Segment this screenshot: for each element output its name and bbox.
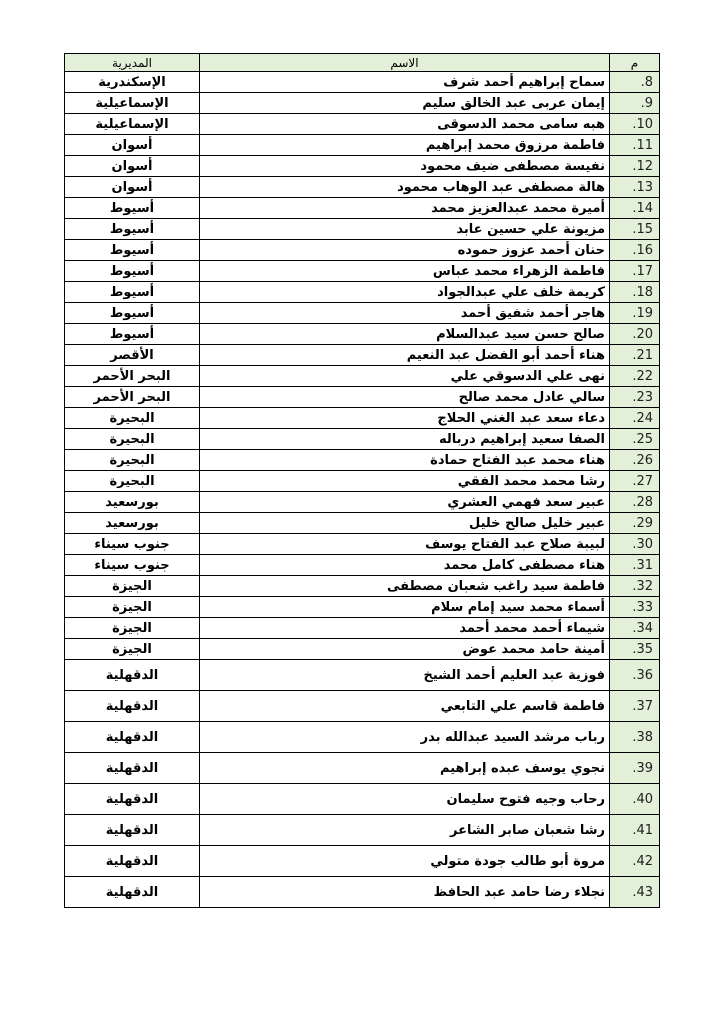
row-directorate-cell: أسيوط (65, 303, 200, 324)
row-directorate-cell: أسيوط (65, 324, 200, 345)
row-name-cell: لبيبة صلاح عبد الفتاح يوسف (200, 534, 610, 555)
row-name-cell: نجلاء رضا حامد عبد الحافظ (200, 877, 610, 908)
header-number: م (610, 54, 660, 72)
row-directorate-cell: الدقهلية (65, 753, 200, 784)
table-row: 29. عبير خليل صالح خليل بورسعيد (65, 513, 660, 534)
row-name-cell: نفيسة مصطفى ضيف محمود (200, 156, 610, 177)
row-directorate-cell: الجيزة (65, 639, 200, 660)
table-row: 9. إيمان عربى عبد الخالق سليم الإسماعيلي… (65, 93, 660, 114)
row-directorate-cell: الجيزة (65, 576, 200, 597)
row-name-cell: فاطمة سيد راغب شعبان مصطفى (200, 576, 610, 597)
row-name-cell: عبير خليل صالح خليل (200, 513, 610, 534)
header-directorate: المديرية (65, 54, 200, 72)
row-number-cell: 9. (610, 93, 660, 114)
row-number-cell: 34. (610, 618, 660, 639)
table-row: 15. مزيونة علي حسين عابد أسيوط (65, 219, 660, 240)
row-name-cell: الصفا سعيد إبراهيم درباله (200, 429, 610, 450)
table-row: 8. سماح إبراهيم أحمد شرف الإسكندرية (65, 72, 660, 93)
table-row: 40. رحاب وجيه فتوح سليمان الدقهلية (65, 784, 660, 815)
row-number-cell: 27. (610, 471, 660, 492)
row-name-cell: مزيونة علي حسين عابد (200, 219, 610, 240)
header-name: الاسم (200, 54, 610, 72)
table-row: 19. هاجر أحمد شفيق أحمد أسيوط (65, 303, 660, 324)
row-number-cell: 39. (610, 753, 660, 784)
row-directorate-cell: الدقهلية (65, 815, 200, 846)
table-row: 17. فاطمة الزهراء محمد عباس أسيوط (65, 261, 660, 282)
row-directorate-cell: أسيوط (65, 219, 200, 240)
row-name-cell: أميرة محمد عبدالعزيز محمد (200, 198, 610, 219)
table-row: 26. هناء محمد عبد الفتاح حمادة البحيرة (65, 450, 660, 471)
row-number-cell: 31. (610, 555, 660, 576)
row-directorate-cell: أسيوط (65, 261, 200, 282)
table-row: 43. نجلاء رضا حامد عبد الحافظ الدقهلية (65, 877, 660, 908)
row-name-cell: نجوي يوسف عبده إبراهيم (200, 753, 610, 784)
table-row: 10. هبه سامى محمد الدسوقى الإسماعيلية (65, 114, 660, 135)
row-name-cell: فاطمة قاسم علي التابعي (200, 691, 610, 722)
table-row: 39. نجوي يوسف عبده إبراهيم الدقهلية (65, 753, 660, 784)
table-row: 18. كريمة خلف علي عبدالجواد أسيوط (65, 282, 660, 303)
table-row: 13. هالة مصطفى عبد الوهاب محمود أسوان (65, 177, 660, 198)
row-name-cell: هناء مصطفى كامل محمد (200, 555, 610, 576)
row-number-cell: 37. (610, 691, 660, 722)
row-directorate-cell: الدقهلية (65, 784, 200, 815)
row-name-cell: هبه سامى محمد الدسوقى (200, 114, 610, 135)
row-number-cell: 30. (610, 534, 660, 555)
table-row: 24. دعاء سعد عبد الغني الحلاج البحيرة (65, 408, 660, 429)
row-number-cell: 35. (610, 639, 660, 660)
row-name-cell: سالي عادل محمد صالح (200, 387, 610, 408)
row-number-cell: 43. (610, 877, 660, 908)
row-directorate-cell: الدقهلية (65, 846, 200, 877)
row-number-cell: 32. (610, 576, 660, 597)
row-directorate-cell: الإسكندرية (65, 72, 200, 93)
row-number-cell: 33. (610, 597, 660, 618)
row-number-cell: 41. (610, 815, 660, 846)
row-name-cell: عبير سعد فهمي العشري (200, 492, 610, 513)
table-row: 38. رباب مرشد السيد عبدالله بدر الدقهلية (65, 722, 660, 753)
row-directorate-cell: جنوب سيناء (65, 555, 200, 576)
row-number-cell: 16. (610, 240, 660, 261)
row-number-cell: 11. (610, 135, 660, 156)
table-row: 21. هناء أحمد أبو الفضل عبد النعيم الأقص… (65, 345, 660, 366)
row-number-cell: 25. (610, 429, 660, 450)
table-row: 37. فاطمة قاسم علي التابعي الدقهلية (65, 691, 660, 722)
row-name-cell: فوزية عبد العليم أحمد الشيخ (200, 660, 610, 691)
row-name-cell: سماح إبراهيم أحمد شرف (200, 72, 610, 93)
row-directorate-cell: البحر الأحمر (65, 366, 200, 387)
table-row: 30. لبيبة صلاح عبد الفتاح يوسف جنوب سينا… (65, 534, 660, 555)
table-row: 42. مروة أبو طالب جودة متولي الدقهلية (65, 846, 660, 877)
row-directorate-cell: أسوان (65, 177, 200, 198)
row-number-cell: 29. (610, 513, 660, 534)
row-directorate-cell: بورسعيد (65, 513, 200, 534)
table-row: 27. رشا محمد محمد الفقي البحيرة (65, 471, 660, 492)
row-name-cell: أمينة حامد محمد عوض (200, 639, 610, 660)
table-row: 36. فوزية عبد العليم أحمد الشيخ الدقهلية (65, 660, 660, 691)
row-directorate-cell: البحر الأحمر (65, 387, 200, 408)
row-directorate-cell: الدقهلية (65, 660, 200, 691)
row-number-cell: 38. (610, 722, 660, 753)
row-directorate-cell: الجيزة (65, 618, 200, 639)
row-number-cell: 12. (610, 156, 660, 177)
row-number-cell: 26. (610, 450, 660, 471)
names-table: م الاسم المديرية 8. سماح إبراهيم أحمد شر… (64, 53, 660, 908)
row-name-cell: هناء محمد عبد الفتاح حمادة (200, 450, 610, 471)
row-name-cell: أسماء محمد سيد إمام سلام (200, 597, 610, 618)
row-name-cell: كريمة خلف علي عبدالجواد (200, 282, 610, 303)
row-directorate-cell: أسوان (65, 135, 200, 156)
row-name-cell: مروة أبو طالب جودة متولي (200, 846, 610, 877)
row-name-cell: حنان أحمد عزوز حموده (200, 240, 610, 261)
table-row: 12. نفيسة مصطفى ضيف محمود أسوان (65, 156, 660, 177)
table-row: 22. نهى علي الدسوقي علي البحر الأحمر (65, 366, 660, 387)
row-directorate-cell: أسيوط (65, 240, 200, 261)
row-number-cell: 22. (610, 366, 660, 387)
row-number-cell: 20. (610, 324, 660, 345)
row-name-cell: إيمان عربى عبد الخالق سليم (200, 93, 610, 114)
row-name-cell: رباب مرشد السيد عبدالله بدر (200, 722, 610, 753)
table-row: 41. رشا شعبان صابر الشاعر الدقهلية (65, 815, 660, 846)
row-directorate-cell: البحيرة (65, 429, 200, 450)
row-number-cell: 24. (610, 408, 660, 429)
table-row: 35. أمينة حامد محمد عوض الجيزة (65, 639, 660, 660)
table-row: 32. فاطمة سيد راغب شعبان مصطفى الجيزة (65, 576, 660, 597)
row-name-cell: هالة مصطفى عبد الوهاب محمود (200, 177, 610, 198)
row-name-cell: رحاب وجيه فتوح سليمان (200, 784, 610, 815)
row-directorate-cell: الجيزة (65, 597, 200, 618)
table-row: 23. سالي عادل محمد صالح البحر الأحمر (65, 387, 660, 408)
row-directorate-cell: الدقهلية (65, 722, 200, 753)
table-row: 31. هناء مصطفى كامل محمد جنوب سيناء (65, 555, 660, 576)
row-directorate-cell: أسيوط (65, 282, 200, 303)
row-number-cell: 23. (610, 387, 660, 408)
row-directorate-cell: الدقهلية (65, 691, 200, 722)
row-directorate-cell: البحيرة (65, 450, 200, 471)
row-name-cell: رشا محمد محمد الفقي (200, 471, 610, 492)
row-number-cell: 36. (610, 660, 660, 691)
table-row: 20. صالح حسن سيد عبدالسلام أسيوط (65, 324, 660, 345)
table-row: 28. عبير سعد فهمي العشري بورسعيد (65, 492, 660, 513)
row-number-cell: 18. (610, 282, 660, 303)
row-number-cell: 13. (610, 177, 660, 198)
row-name-cell: فاطمة مرزوق محمد إبراهيم (200, 135, 610, 156)
row-name-cell: نهى علي الدسوقي علي (200, 366, 610, 387)
row-number-cell: 28. (610, 492, 660, 513)
row-directorate-cell: الإسماعيلية (65, 114, 200, 135)
table-body: 8. سماح إبراهيم أحمد شرف الإسكندرية 9. إ… (65, 72, 660, 908)
row-number-cell: 19. (610, 303, 660, 324)
row-name-cell: دعاء سعد عبد الغني الحلاج (200, 408, 610, 429)
row-name-cell: رشا شعبان صابر الشاعر (200, 815, 610, 846)
row-number-cell: 42. (610, 846, 660, 877)
row-number-cell: 15. (610, 219, 660, 240)
row-directorate-cell: الأقصر (65, 345, 200, 366)
row-number-cell: 10. (610, 114, 660, 135)
table-row: 34. شيماء أحمد محمد أحمد الجيزة (65, 618, 660, 639)
row-name-cell: هاجر أحمد شفيق أحمد (200, 303, 610, 324)
row-name-cell: صالح حسن سيد عبدالسلام (200, 324, 610, 345)
row-number-cell: 21. (610, 345, 660, 366)
row-directorate-cell: الدقهلية (65, 877, 200, 908)
table-row: 14. أميرة محمد عبدالعزيز محمد أسيوط (65, 198, 660, 219)
row-name-cell: هناء أحمد أبو الفضل عبد النعيم (200, 345, 610, 366)
document-page: م الاسم المديرية 8. سماح إبراهيم أحمد شر… (0, 0, 724, 1024)
row-number-cell: 17. (610, 261, 660, 282)
row-directorate-cell: الإسماعيلية (65, 93, 200, 114)
table-row: 33. أسماء محمد سيد إمام سلام الجيزة (65, 597, 660, 618)
row-directorate-cell: جنوب سيناء (65, 534, 200, 555)
row-directorate-cell: أسيوط (65, 198, 200, 219)
row-number-cell: 14. (610, 198, 660, 219)
table-row: 16. حنان أحمد عزوز حموده أسيوط (65, 240, 660, 261)
table-header-row: م الاسم المديرية (65, 54, 660, 72)
table-row: 25. الصفا سعيد إبراهيم درباله البحيرة (65, 429, 660, 450)
row-directorate-cell: أسوان (65, 156, 200, 177)
row-directorate-cell: البحيرة (65, 471, 200, 492)
row-number-cell: 40. (610, 784, 660, 815)
row-number-cell: 8. (610, 72, 660, 93)
row-directorate-cell: البحيرة (65, 408, 200, 429)
table-row: 11. فاطمة مرزوق محمد إبراهيم أسوان (65, 135, 660, 156)
row-name-cell: شيماء أحمد محمد أحمد (200, 618, 610, 639)
row-name-cell: فاطمة الزهراء محمد عباس (200, 261, 610, 282)
row-directorate-cell: بورسعيد (65, 492, 200, 513)
